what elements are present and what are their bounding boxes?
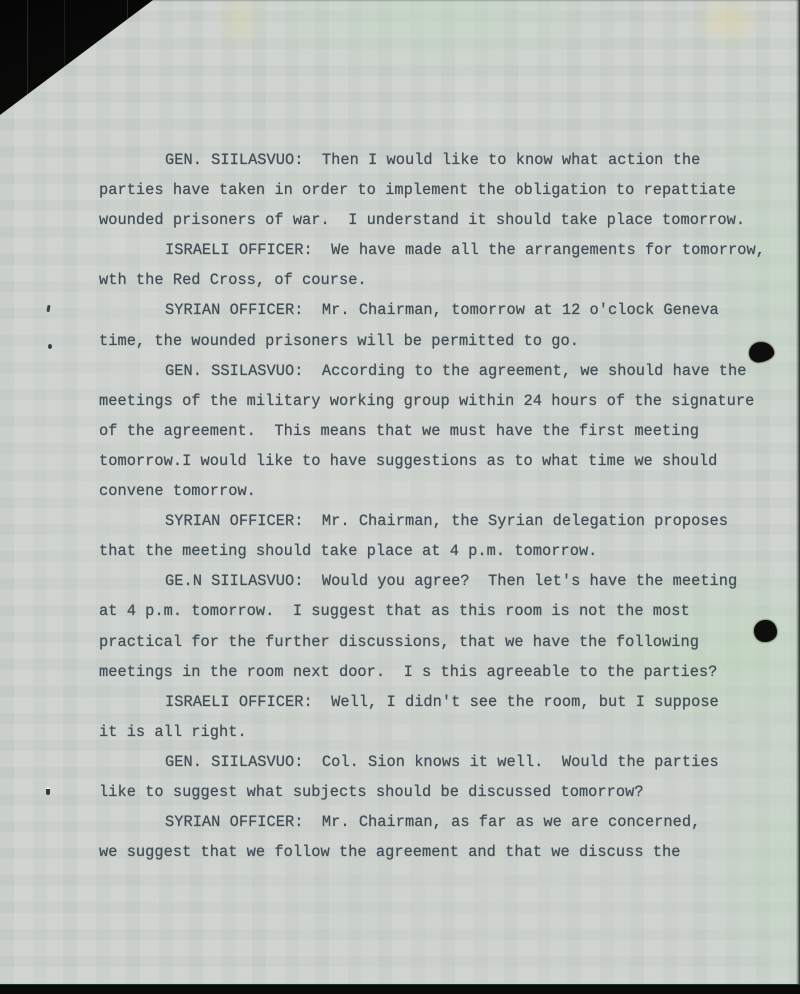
text-line: GE.N SIILASVUO: Would you agree? Then le… [99, 566, 799, 596]
text-line: like to suggest what subjects should be … [99, 777, 799, 807]
right-scan-edge [796, 0, 800, 994]
ink-speck [46, 787, 50, 795]
bottom-scan-edge [0, 984, 800, 994]
text-line: wounded prisoners of war. I understand i… [99, 205, 799, 235]
text-line: tomorrow.I would like to have suggestion… [99, 446, 799, 476]
text-line: GEN. SIILASVUO: Then I would like to kno… [99, 145, 799, 175]
text-line: time, the wounded prisoners will be perm… [99, 326, 799, 356]
text-line: GEN. SIILASVUO: Col. Sion knows it well.… [99, 747, 799, 777]
text-line: convene tomorrow. [99, 476, 799, 506]
text-line: it is all right. [99, 717, 799, 747]
text-line: of the agreement. This means that we mus… [99, 416, 799, 446]
text-line: practical for the further discussions, t… [99, 627, 799, 657]
text-line: SYRIAN OFFICER: Mr. Chairman, as far as … [99, 807, 799, 837]
text-line: parties have taken in order to implement… [99, 175, 799, 205]
document-text: GEN. SIILASVUO: Then I would like to kno… [99, 145, 799, 867]
scanned-page: GEN. SIILASVUO: Then I would like to kno… [0, 0, 800, 994]
text-line: we suggest that we follow the agreement … [99, 837, 799, 867]
text-line: ISRAELI OFFICER: We have made all the ar… [99, 235, 799, 265]
text-line: wth the Red Cross, of course. [99, 265, 799, 295]
ink-speck [48, 344, 52, 349]
text-line: that the meeting should take place at 4 … [99, 536, 799, 566]
ink-speck [46, 305, 50, 312]
text-line: meetings in the room next door. I s this… [99, 657, 799, 687]
text-line: GEN. SSILASVUO: According to the agreeme… [99, 356, 799, 386]
corner-fold-black-triangle [0, 0, 153, 115]
text-line: at 4 p.m. tomorrow. I suggest that as th… [99, 596, 799, 626]
text-line: ISRAELI OFFICER: Well, I didn't see the … [99, 687, 799, 717]
text-line: SYRIAN OFFICER: Mr. Chairman, the Syrian… [99, 506, 799, 536]
text-line: meetings of the military working group w… [99, 386, 799, 416]
text-line: SYRIAN OFFICER: Mr. Chairman, tomorrow a… [99, 295, 799, 325]
